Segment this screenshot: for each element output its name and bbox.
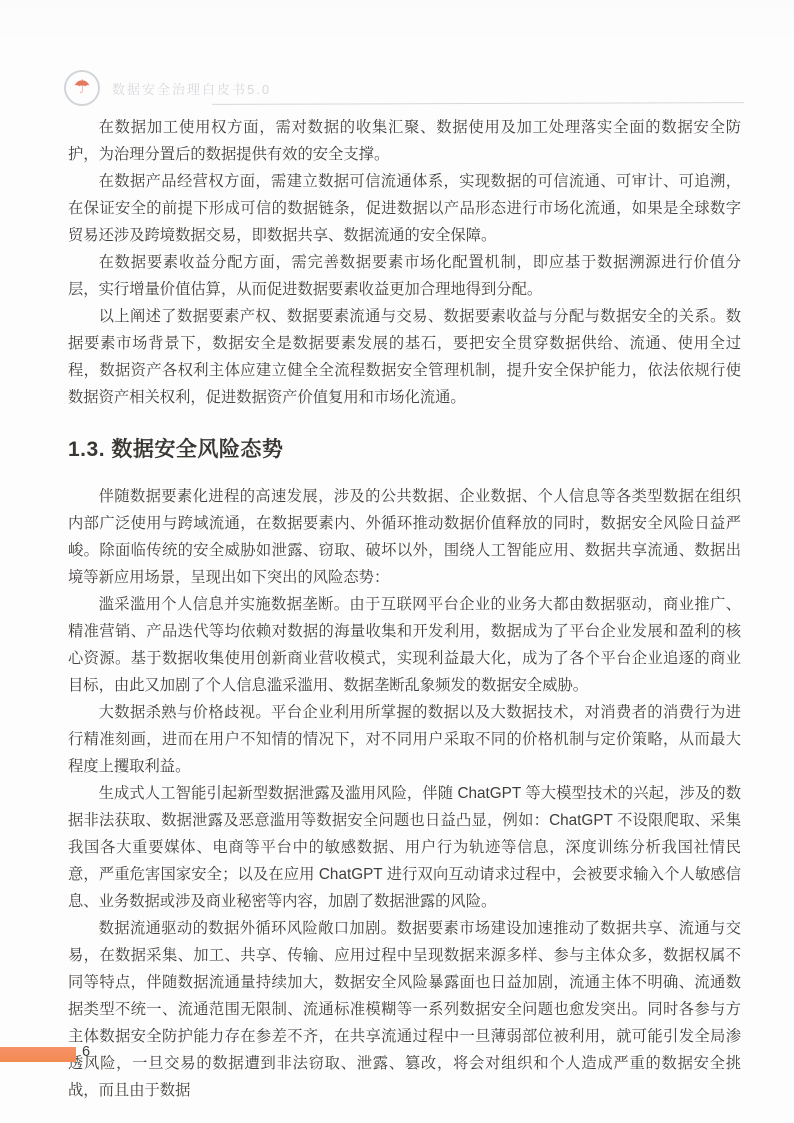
body-paragraph: 伴随数据要素化进程的高速发展，涉及的公共数据、企业数据、个人信息等各类型数据在组… — [68, 483, 741, 591]
body-paragraph: 以上阐述了数据要素产权、数据要素流通与交易、数据要素收益与分配与数据安全的关系。… — [68, 303, 741, 411]
document-page: ☂ 数据安全治理白皮书5.0 在数据加工使用权方面，需对数据的收集汇聚、数据使用… — [0, 0, 794, 1123]
body-paragraph: 大数据杀熟与价格歧视。平台企业利用所掌握的数据以及大数据技术，对消费者的消费行为… — [68, 699, 741, 780]
page-number: 6 — [82, 1044, 90, 1060]
body-paragraph: 数据流通驱动的数据外循环风险敞口加剧。数据要素市场建设加速推动了数据共享、流通与… — [68, 915, 741, 1104]
page-body: 在数据加工使用权方面，需对数据的收集汇聚、数据使用及加工处理落实全面的数据安全防… — [68, 114, 741, 1104]
header-title: 数据安全治理白皮书5.0 — [112, 79, 271, 98]
umbrella-logo-icon: ☂ — [64, 70, 100, 106]
section-heading: 1.3. 数据安全风险态势 — [68, 436, 741, 463]
body-paragraph: 滥采滥用个人信息并实施数据垄断。由于互联网平台企业的业务大都由数据驱动，商业推广… — [68, 591, 741, 699]
body-paragraph: 在数据要素收益分配方面，需完善数据要素市场化配置机制，即应基于数据溯源进行价值分… — [68, 249, 741, 303]
footer-accent-bar — [0, 1047, 76, 1062]
body-paragraph: 在数据加工使用权方面，需对数据的收集汇聚、数据使用及加工处理落实全面的数据安全防… — [68, 114, 741, 168]
umbrella-glyph: ☂ — [73, 78, 90, 97]
body-paragraph: 在数据产品经营权方面，需建立数据可信流通体系，实现数据的可信流通、可审计、可追溯… — [68, 168, 741, 249]
body-paragraph: 生成式人工智能引起新型数据泄露及滥用风险，伴随 ChatGPT 等大模型技术的兴… — [68, 780, 741, 915]
